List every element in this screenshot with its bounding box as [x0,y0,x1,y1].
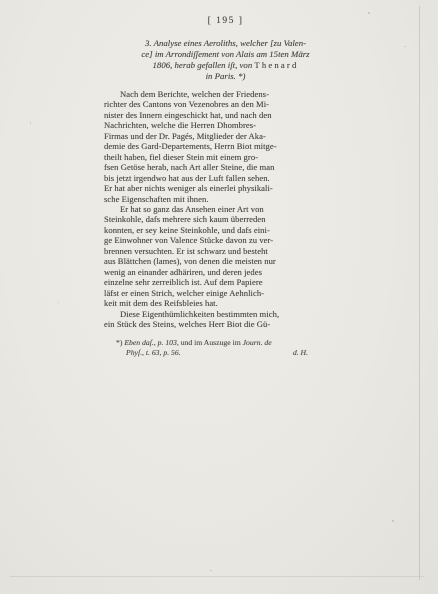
title-line-1: 3. Analyse eines Aeroliths, welcher [zu … [145,38,306,48]
scan-speckle [30,122,31,124]
footnote-ref-italic-1: Eben daſ., p. 103, [124,338,178,347]
scan-speckle [404,46,406,47]
footnote-ref-italic-2: Journ. de [243,338,272,347]
scan-speckle [392,520,394,522]
author-name: Thenard [254,60,298,70]
scan-speckle [368,12,370,14]
title-line-4: in Paris. *) [206,71,246,81]
text-column: [ 195 ] 3. Analyse eines Aeroliths, welc… [104,16,347,358]
scanned-book-page: [ 195 ] 3. Analyse eines Aeroliths, welc… [0,0,438,594]
scan-speckle [58,302,59,303]
paragraph-2: Er hat so ganz das Ansehen einer Art von… [104,204,347,309]
page-number: [ 195 ] [104,16,347,26]
footnote-attribution: d. H. [293,348,308,358]
title-line-3: 1806, herab gefallen iſt, von [153,60,255,70]
scan-speckle [210,570,212,571]
title-line-2: ce] im Arrondiſſement von Alais am 15ten… [141,49,309,59]
footnote: *) Eben daſ., p. 103, und im Auszuge im … [116,338,336,357]
page-edge-line-right [419,6,420,580]
article-title: 3. Analyse eines Aeroliths, welcher [zu … [104,38,347,82]
footnote-journal-ref: Phyſ., t. 63, p. 56. [126,348,181,358]
footnote-ref-roman: und im Auszuge im [179,338,243,347]
page-edge-line-bottom [10,576,424,577]
footnote-line-1: *) Eben daſ., p. 103, und im Auszuge im … [116,338,336,348]
paragraph-1: Nach dem Berichte, welchen der Friedens-… [104,89,347,204]
footnote-line-2: Phyſ., t. 63, p. 56. d. H. [126,348,336,358]
paragraph-3: Diese Eigenthümlichkeiten bestimmten mic… [104,309,347,330]
